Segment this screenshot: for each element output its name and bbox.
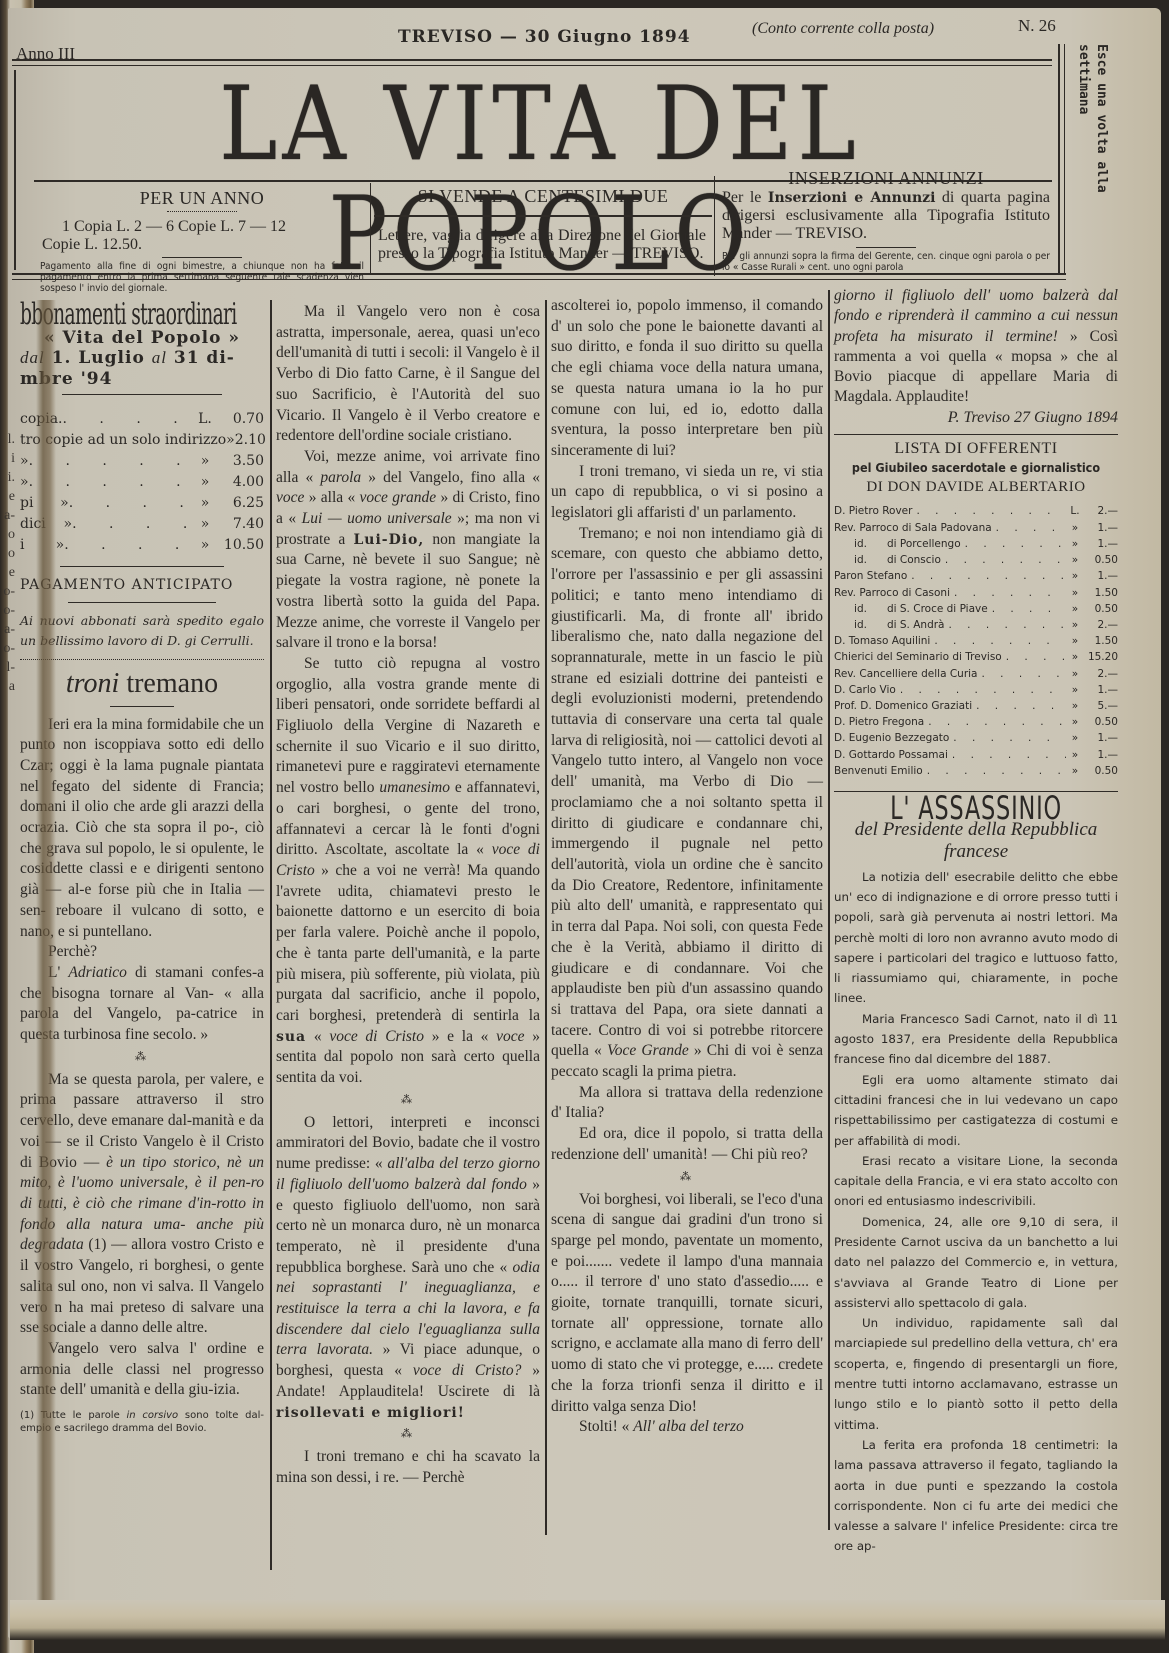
currency: »: [1066, 536, 1084, 552]
text-italic: voce di Cristo?: [413, 1362, 522, 1379]
paragraph: O lettori, interpreti e inconsci ammirat…: [276, 1113, 540, 1424]
currency: »: [192, 493, 218, 514]
paragraph: Erasi recato a visitare Lione, la second…: [834, 1151, 1118, 1212]
troni-title-rest: tremano: [126, 668, 218, 699]
price-amount: 6.25: [218, 493, 264, 514]
rule: [68, 602, 216, 603]
spine-letter: o: [1, 525, 15, 544]
paragraph: ascolterei io, popolo immenso, il comand…: [551, 296, 823, 462]
currency: L.: [192, 409, 218, 430]
masthead-bottom-rule: [12, 273, 1066, 280]
dot-leader: . . . . . . . . . . . . . . . . . . . .: [978, 666, 1067, 682]
text-italic: umanesimo: [379, 779, 450, 796]
offer-amount: 1.—: [1084, 520, 1118, 536]
currency: »: [192, 514, 218, 535]
price-row: ». . . . .»3.50: [20, 451, 264, 472]
price-table: copia.. . . . .L.0.70tro copie ad un sol…: [20, 409, 264, 556]
offerenti-list: D. Pietro Rover. . . . . . . . . . . . .…: [834, 503, 1118, 778]
column-4: giorno il figliuolo dell' uomo balzerà d…: [834, 286, 1118, 1557]
offer-amount: 0.50: [1084, 601, 1118, 617]
subscription-line-2: Copie L. 12.50.: [36, 236, 368, 254]
offerente-name: id. di Porcellengo: [834, 536, 961, 552]
text-italic: in corsivo: [127, 1410, 179, 1421]
dot-leader: . . . . . . . . . . . . . . . . . . . .: [950, 585, 1066, 601]
offerente-row: D. Carlo Vio. . . . . . . . . . . . . . …: [834, 682, 1118, 698]
payment-heading: PAGAMENTO ANTICIPATO: [20, 575, 264, 596]
publication-frequency: Esce una volta alla settimana: [1050, 44, 1110, 270]
spine-letter: e: [1, 487, 15, 506]
spine-letter: o-: [1, 601, 15, 620]
paragraph: Se tutto ciò repugna al vostro orgoglio,…: [276, 654, 540, 1089]
currency: L.: [1066, 503, 1084, 519]
text-italic: voce: [276, 489, 304, 506]
spine-letter: l.: [1, 430, 15, 449]
paragraph: Voi, mezze anime, voi arrivate fino alla…: [276, 447, 540, 654]
dot-leader: . . . . . . . . . . . . . . . . . . . .: [948, 747, 1066, 763]
price-amount: 2.10: [235, 430, 266, 451]
offer-amount: 2.—: [1084, 617, 1118, 633]
period-al: al: [152, 348, 167, 367]
spine-letter: a: [1, 677, 15, 696]
issue-number: N. 26: [1018, 16, 1056, 36]
troni-paragraph-2: Perchè?: [20, 942, 264, 963]
dot-leader: . . . . . . . . . . . . . . . . . . . .: [896, 682, 1066, 698]
text: » che a voi ne verrà! Ma quando l'avrete…: [276, 862, 540, 1024]
paragraph: La ferita era profonda 18 centimetri: la…: [834, 1435, 1118, 1557]
offerente-name: Rev. Parroco di Sala Padovana: [834, 520, 992, 536]
troni-paragraph-4: Ma se questa parola, per valere, e prima…: [20, 1070, 264, 1339]
paragraph: Stolti! « All' alba del terzo: [551, 1417, 823, 1438]
offerente-row: D. Eugenio Bezzegato. . . . . . . . . . …: [834, 730, 1118, 746]
text-italic: All' alba del terzo: [633, 1418, 744, 1435]
offerente-name: D. Eugenio Bezzegato: [834, 730, 949, 746]
text-italic: voce di Cristo: [329, 1028, 424, 1045]
price-rule: [374, 215, 712, 217]
dot-leader: . . . . . . . . . . . . . . . . . . . .: [912, 503, 1066, 519]
column-separator-1: [270, 300, 272, 1570]
offer-amount: 1.—: [1084, 536, 1118, 552]
price-row: copia.. . . . .L.0.70: [20, 409, 264, 430]
offerente-row: id. di S. Croce di Piave. . . . . . . . …: [834, 601, 1118, 617]
currency: »: [1066, 698, 1084, 714]
dot-leader: . . . . .: [72, 514, 192, 535]
correspondence-note: Lettere, vaglia dirigere alla Direzione …: [374, 227, 712, 263]
offerente-row: id. di Conscio. . . . . . . . . . . . . …: [834, 552, 1118, 568]
offer-amount: 0.50: [1084, 714, 1118, 730]
offerente-row: Paron Stefano. . . . . . . . . . . . . .…: [834, 568, 1118, 584]
text-bold: risollevati e migliori!: [276, 1405, 465, 1421]
currency: »: [192, 451, 218, 472]
text: » alla «: [304, 489, 359, 506]
currency: »: [192, 472, 218, 493]
dot-leader: . . . . . . . . . . . . . . . . . . . .: [930, 633, 1066, 649]
currency: »: [1066, 585, 1084, 601]
offer-amount: 1.—: [1084, 682, 1118, 698]
abbonamenti-period: dal 1. Luglio al 31 di- mbre '94: [20, 348, 264, 389]
currency: »: [1066, 552, 1084, 568]
price-box: SI VENDE A CENTESIMI DUE Lettere, vaglia…: [374, 184, 712, 263]
offerente-row: D. Gottardo Possamai. . . . . . . . . . …: [834, 747, 1118, 763]
dateline: TREVISO — 30 Giugno 1894: [398, 27, 691, 47]
ads-body-pre: Per le: [722, 189, 768, 206]
currency: »: [192, 535, 218, 556]
offerenti-title: LISTA DI OFFERENTI: [834, 439, 1118, 459]
offerente-row: Rev. Parroco di Casoni. . . . . . . . . …: [834, 585, 1118, 601]
spine-letter: l-: [1, 658, 15, 677]
currency: »: [1066, 714, 1084, 730]
ads-box: INSERZIONI ANNUNZI Per le Inserzioni e A…: [718, 168, 1054, 273]
troni-paragraph-5: Vangelo vero salva l' ordine e armonia d…: [20, 1339, 264, 1401]
offerente-name: D. Gottardo Possamai: [834, 747, 948, 763]
price-heading: SI VENDE A CENTESIMI DUE: [374, 186, 712, 207]
offerenti-subtitle: pel Giubileo sacerdotale e giornalistico: [834, 459, 1118, 477]
wavy-separator: [20, 659, 264, 660]
ads-fine-print: Per gli annunzi sopra la firma del Geren…: [718, 251, 1054, 273]
currency: »: [1066, 763, 1084, 779]
text-italic: voce grande: [360, 489, 437, 506]
currency: »: [1066, 601, 1084, 617]
spine-letter: a-: [1, 506, 15, 525]
box-divider-1: [370, 183, 371, 275]
signature-date: P. Treviso 27 Giugno 1894: [834, 408, 1118, 429]
column-2: Ma il Vangelo vero non è cosa astratta, …: [276, 302, 540, 1489]
offerente-name: D. Pietro Fregona: [834, 714, 924, 730]
offerente-name: id. di S. Andrà: [834, 617, 945, 633]
troni-paragraph-1: Ieri era la mina formidabile che un punt…: [20, 715, 264, 943]
text: » del Vangelo, fino alla «: [361, 469, 540, 486]
troni-title: troni tremano: [20, 666, 264, 702]
dot-leader: . . . . . . . . . . . . . . . . . . . .: [961, 536, 1066, 552]
dot-leader: . . . . . . . . . . . . . . . . . . . .: [923, 763, 1066, 779]
paragraph: Tremano; e noi non intendiamo già di sce…: [551, 524, 823, 1083]
dot-leader: . . . . .: [69, 493, 192, 514]
paragraph: La notizia dell' esecrabile delitto che …: [834, 867, 1118, 1009]
dot-leader: . . . . . . . . . . . . . . . . . . . .: [924, 714, 1066, 730]
offerente-name: id. di Conscio: [834, 552, 941, 568]
text-italic: Voce Grande: [607, 1042, 689, 1059]
short-rule: [856, 247, 916, 248]
offerente-row: D. Pietro Fregona. . . . . . . . . . . .…: [834, 714, 1118, 730]
offerente-row: id. di Porcellengo. . . . . . . . . . . …: [834, 536, 1118, 552]
price-label: »: [20, 451, 29, 472]
text-bold: Lui-Dio,: [353, 532, 424, 548]
text: Se tutto ciò repugna al vostro orgoglio,…: [276, 655, 540, 796]
offerente-name: Prof. D. Domenico Graziati: [834, 698, 972, 714]
text: non mangiate la sua Carne, nè bevete il …: [276, 531, 540, 652]
troni-title-italic: troni: [66, 668, 119, 699]
text: Stolti! «: [579, 1418, 633, 1435]
offer-amount: 0.50: [1084, 552, 1118, 568]
price-amount: 10.50: [218, 535, 264, 556]
offerente-row: Prof. D. Domenico Graziati. . . . . . . …: [834, 698, 1118, 714]
offerente-name: Rev. Parroco di Casoni: [834, 585, 950, 601]
dot-leader: . . . . . . . . . . . . . . . . . . . .: [988, 601, 1066, 617]
currency: »: [1066, 617, 1084, 633]
currency: »: [1066, 568, 1084, 584]
column-3: ascolterei io, popolo immenso, il comand…: [551, 296, 823, 1438]
price-row: i ». . . . .»10.50: [20, 535, 264, 556]
box-divider-2: [714, 176, 715, 276]
column-1: bbonamenti straordinari « Vita del Popol…: [20, 305, 264, 1435]
offerente-row: D. Tomaso Aquilini. . . . . . . . . . . …: [834, 633, 1118, 649]
dot-leader: . . . . .: [63, 409, 192, 430]
offerente-name: Benvenuti Emilio: [834, 763, 923, 779]
rule: [62, 394, 222, 395]
text: Tremano; e noi non intendiamo già di sce…: [551, 525, 823, 1060]
currency: »: [226, 430, 235, 451]
text-italic: Adriatico: [68, 964, 127, 981]
dot-leader: . . . . . . . . . . . . . . . . . . . .: [992, 520, 1066, 536]
ornament-rule: [167, 211, 237, 212]
offer-amount: 1.50: [1084, 585, 1118, 601]
price-amount: 3.50: [218, 451, 264, 472]
offer-amount: 0.50: [1084, 763, 1118, 779]
paragraph: Ma allora si trattava della redenzione d…: [551, 1083, 823, 1124]
price-row: ». . . . .»4.00: [20, 472, 264, 493]
paragraph: giorno il figliuolo dell' uomo balzerà d…: [834, 286, 1118, 408]
price-label: »: [20, 472, 29, 493]
spine-letter: e: [1, 563, 15, 582]
text-italic: parola: [320, 469, 361, 486]
frequency-line-1: Esce una volta alla: [1094, 44, 1109, 193]
currency: »: [1066, 730, 1084, 746]
text-italic: voce: [496, 1028, 524, 1045]
ads-heading: INSERZIONI ANNUNZI: [718, 168, 1054, 189]
offerente-row: Chierici del Seminario di Treviso. . . .…: [834, 649, 1118, 665]
column-separator-3: [828, 290, 830, 1530]
offerente-row: Rev. Parroco di Sala Padovana. . . . . .…: [834, 520, 1118, 536]
page-fold-shadow: [36, 300, 56, 1600]
period-end-1: 31 di-: [174, 348, 235, 368]
offerente-name: Rev. Cancelliere della Curia: [834, 666, 978, 682]
offerente-row: D. Pietro Rover. . . . . . . . . . . . .…: [834, 503, 1118, 519]
offer-amount: 5.—: [1084, 698, 1118, 714]
dot-leader: . . . . . . . . . . . . . . . . . . . .: [945, 617, 1067, 633]
price-row: dici ». . . . .»7.40: [20, 514, 264, 535]
currency: »: [1066, 682, 1084, 698]
paragraph: I troni tremano, vi sieda un re, vi stia…: [551, 462, 823, 524]
offer-amount: 1.—: [1084, 730, 1118, 746]
frequency-line-2: settimana: [1076, 44, 1091, 114]
spine-letter: a-: [1, 620, 15, 639]
currency: »: [1066, 633, 1084, 649]
offerente-row: Benvenuti Emilio. . . . . . . . . . . . …: [834, 763, 1118, 779]
rule: [60, 566, 224, 567]
text-bold: sua: [276, 1029, 306, 1045]
offer-amount: 2.—: [1084, 666, 1118, 682]
dot-leader: . . . . . . . . . . . . . . . . . . . .: [1002, 649, 1066, 665]
paragraph: Egli era uomo altamente stimato dai citt…: [834, 1070, 1118, 1151]
offerenti-subtitle-2: DI DON DAVIDE ALBERTARIO: [834, 477, 1118, 497]
dot-leader: . . . . . . . . . . . . . . . . . . . .: [941, 552, 1066, 568]
currency: »: [1066, 747, 1084, 763]
period-start: 1. Luglio: [52, 348, 145, 368]
ads-body: Per le Inserzioni e Annunzi di quarta pa…: [718, 189, 1054, 243]
paragraph: Un individuo, rapidamente salì dal marci…: [834, 1313, 1118, 1435]
column-separator-2: [545, 300, 547, 1535]
dot-leader: . . . . . . . . . . . . . . . . . . . .: [907, 568, 1066, 584]
subscription-heading: PER UN ANNO: [36, 188, 368, 209]
text: » e la «: [424, 1028, 496, 1045]
asterism: ⁂: [276, 1095, 540, 1105]
price-row: pi ». . . . .»6.25: [20, 493, 264, 514]
paragraph: Maria Francesco Sadi Carnot, nato il dì …: [834, 1009, 1118, 1070]
offer-amount: 1.50: [1084, 633, 1118, 649]
assassinio-title: L' ASSASSINIO: [865, 798, 1087, 819]
price-amount: 4.00: [218, 472, 264, 493]
price-row: tro copie ad un solo indirizzo»2.10: [20, 430, 264, 451]
asterism: ⁂: [20, 1052, 264, 1062]
period-end-2: mbre '94: [20, 369, 112, 389]
offer-amount: 15.20: [1084, 649, 1118, 665]
assassinio-body: La notizia dell' esecrabile delitto che …: [834, 867, 1118, 1557]
offer-amount: 1.—: [1084, 747, 1118, 763]
spine-letter: o-: [1, 582, 15, 601]
asterism: ⁂: [551, 1172, 823, 1182]
text-italic: Lui — uomo universale: [302, 510, 452, 527]
rule: [834, 434, 1118, 435]
paragraph: Ed ora, dice il popolo, si tratta della …: [551, 1124, 823, 1165]
footnote: (1) Tutte le parole in corsivo sono tolt…: [20, 1409, 264, 1435]
spine-letter: i: [1, 449, 15, 468]
ads-body-bold: Inserzioni e Annunzi: [768, 190, 936, 206]
gift-note: Ai nuovi abbonati sarà spedito egalo un …: [20, 611, 264, 651]
offerente-name: id. di S. Croce di Piave: [834, 601, 988, 617]
troni-paragraph-3: L' Adriatico di stamani confes-a che bis…: [20, 963, 264, 1046]
offer-amount: 1.—: [1084, 568, 1118, 584]
offerente-name: Paron Stefano: [834, 568, 907, 584]
price-amount: 7.40: [218, 514, 264, 535]
paragraph: Voi borghesi, voi liberali, se l'eco d'u…: [551, 1190, 823, 1418]
offerente-name: Chierici del Seminario di Treviso: [834, 649, 1002, 665]
subscription-line-1: 1 Copia L. 2 — 6 Copie L. 7 — 12: [36, 218, 368, 236]
dot-leader: . . . . .: [64, 535, 192, 556]
currency: »: [1066, 520, 1084, 536]
price-amount: 0.70: [218, 409, 264, 430]
text: «: [306, 1028, 329, 1045]
offerente-name: D. Carlo Vio: [834, 682, 896, 698]
paragraph: Domenica, 24, alle ore 9,10 di sera, il …: [834, 1212, 1118, 1313]
offerente-row: Rev. Cancelliere della Curia. . . . . . …: [834, 666, 1118, 682]
page-bottom-edge: [10, 1600, 1165, 1640]
offer-amount: 2.—: [1084, 503, 1118, 519]
adjacent-page-fragment: l.ii.ea-ooeo-o-a-o-l-a: [1, 430, 15, 696]
masthead-left-border: [14, 70, 16, 270]
postal-account-note: (Conto corrente colla posta): [752, 20, 934, 38]
spine-letter: o: [1, 544, 15, 563]
paragraph: I troni tremano e chi ha scavato la mina…: [276, 1447, 540, 1488]
offerente-row: id. di S. Andrà. . . . . . . . . . . . .…: [834, 617, 1118, 633]
offerente-name: D. Tomaso Aquilini: [834, 633, 930, 649]
dot-leader: . . . . . . . . . . . . . . . . . . . .: [949, 730, 1066, 746]
spine-letter: i.: [1, 468, 15, 487]
short-rule: [162, 257, 242, 258]
asterism: ⁂: [276, 1429, 540, 1439]
rule: [110, 706, 174, 707]
paragraph: Ma il Vangelo vero non è cosa astratta, …: [276, 302, 540, 447]
offerente-name: D. Pietro Rover: [834, 503, 912, 519]
currency: »: [1066, 666, 1084, 682]
currency: »: [1066, 649, 1084, 665]
dot-leader: . . . . . . . . . . . . . . . . . . . .: [972, 698, 1066, 714]
spine-letter: o-: [1, 639, 15, 658]
